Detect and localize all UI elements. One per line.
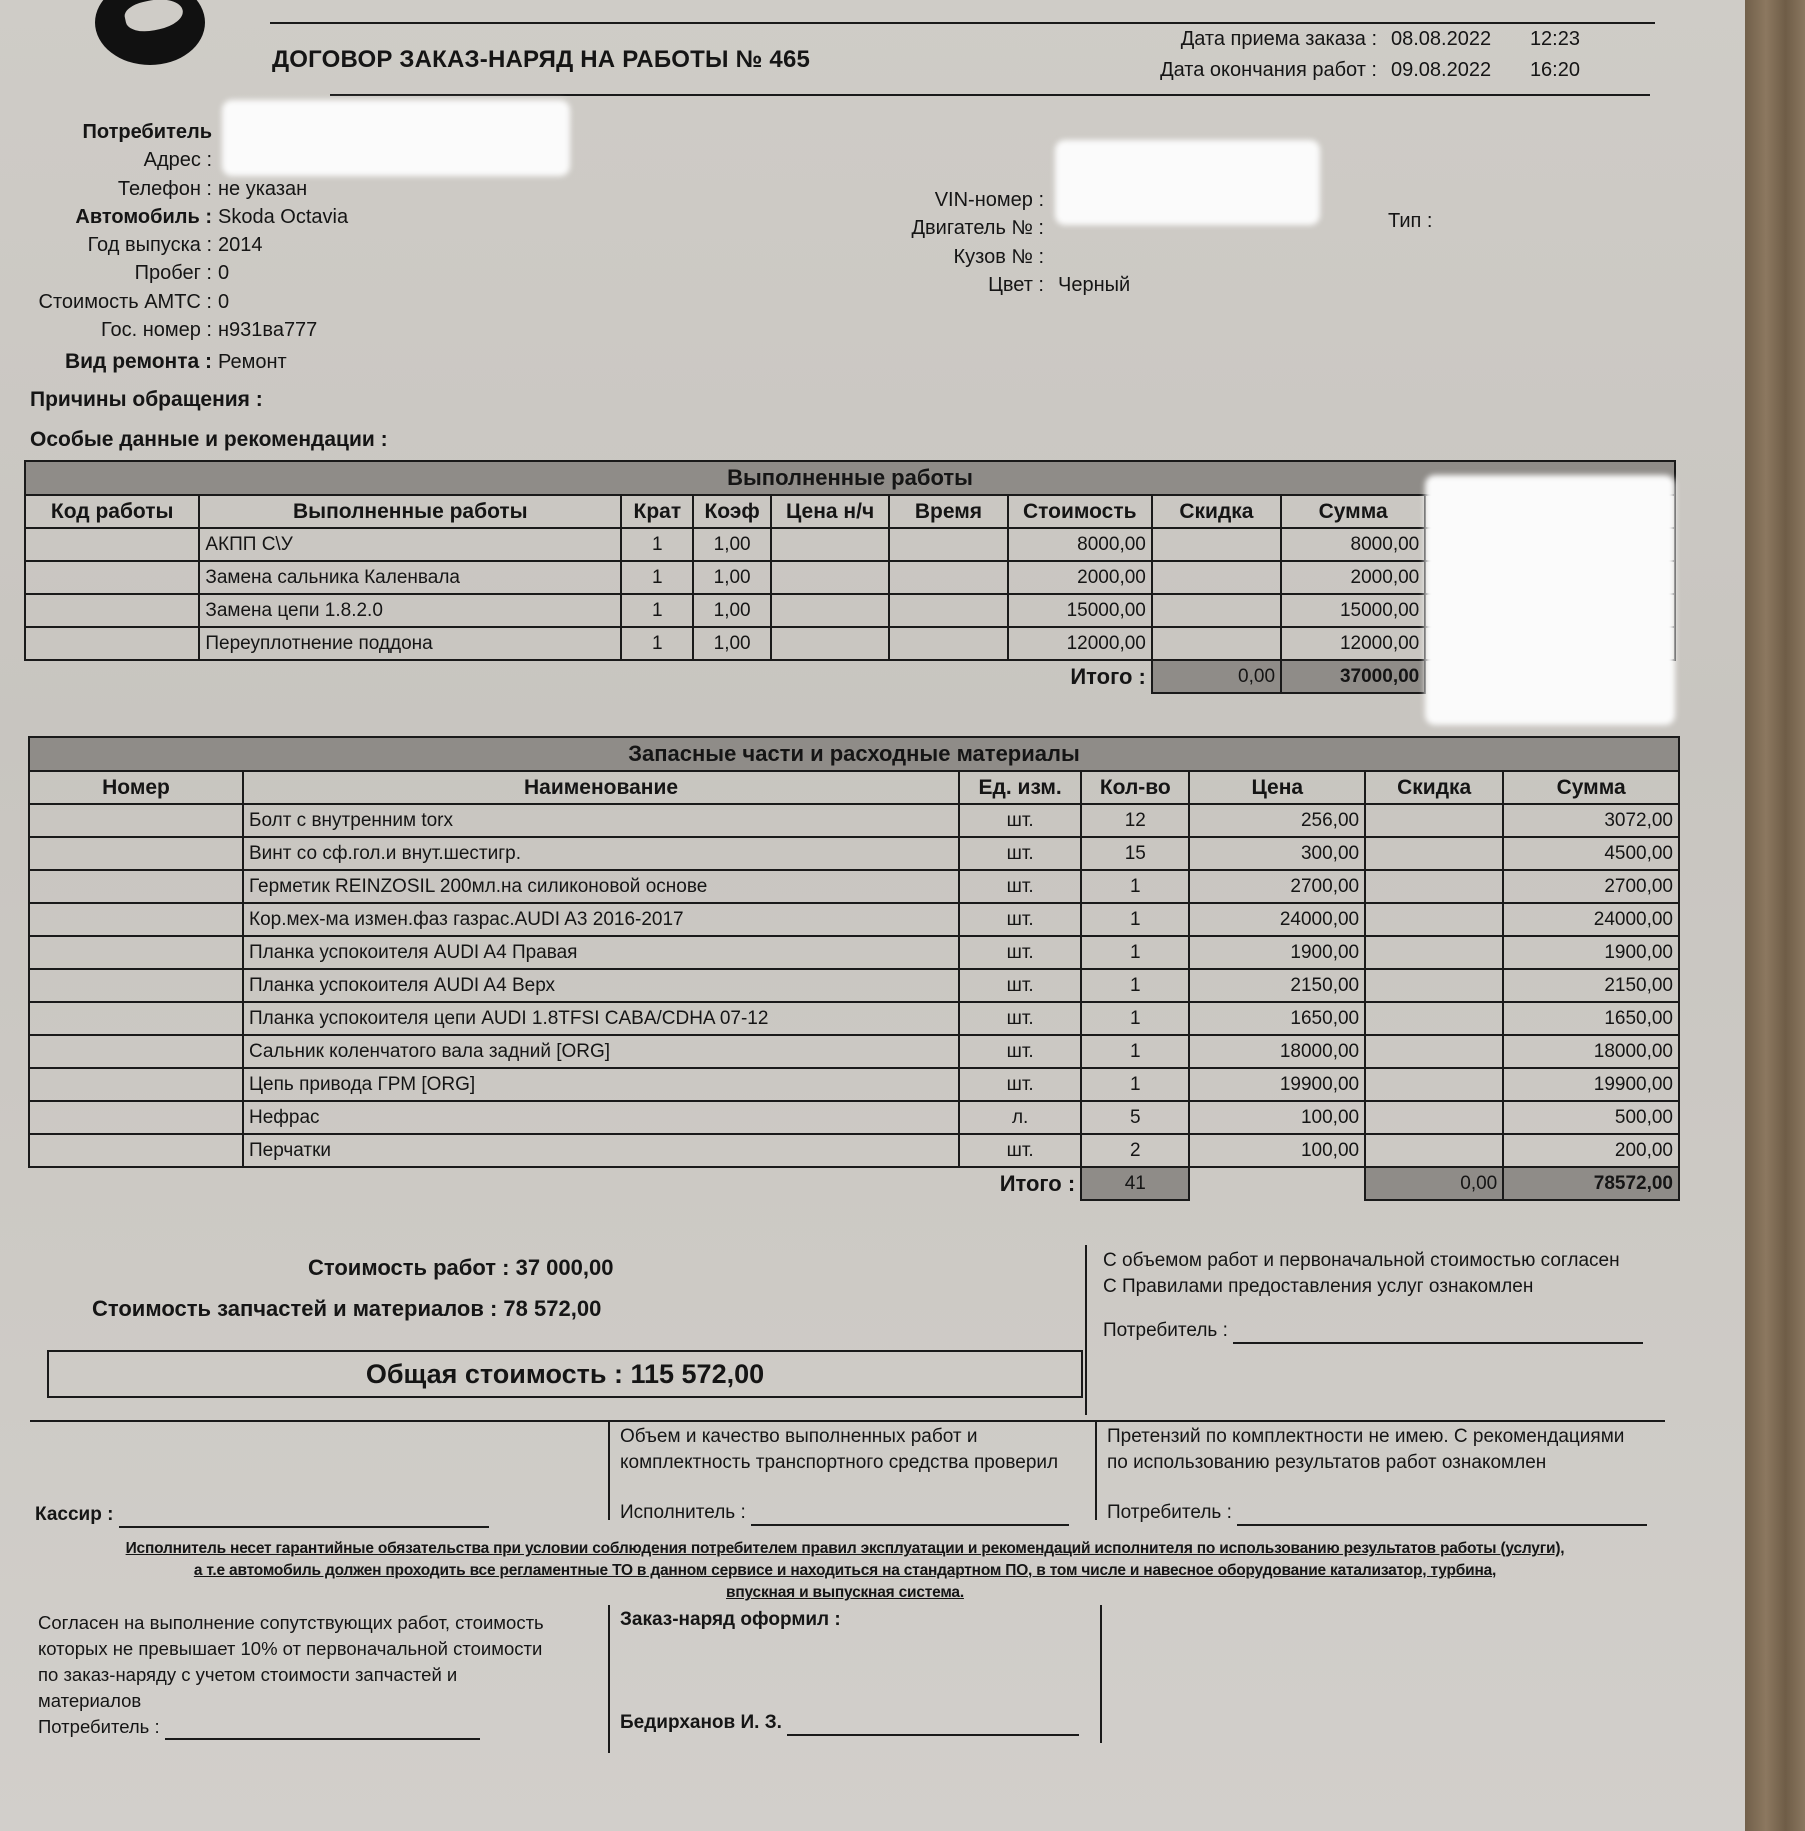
time-completed-value: 16:20 (1525, 55, 1580, 86)
parts-cell-discount (1365, 1101, 1503, 1134)
issued-by-label: Заказ-наряд оформил : (620, 1607, 841, 1633)
parts-total-sum: 78572,00 (1503, 1167, 1679, 1200)
parts-cell-unit: шт. (959, 804, 1081, 837)
parts-column-header: Номер (29, 771, 243, 804)
works-cell-price_h (771, 627, 889, 660)
works-cell-krat: 1 (621, 561, 693, 594)
customer-field: Стоимость АМТС :0 (0, 288, 348, 316)
parts-column-header: Скидка (1365, 771, 1503, 804)
parts-cell-number (29, 1002, 243, 1035)
signature-line[interactable] (1233, 1324, 1643, 1344)
parts-cell-qty: 1 (1081, 903, 1189, 936)
parts-cell-number (29, 870, 243, 903)
consumer-label: Потребитель : (1107, 1502, 1232, 1523)
parts-cell-qty: 15 (1081, 837, 1189, 870)
date-completed-label: Дата окончания работ : (1160, 55, 1377, 86)
customer-field: Пробег :0 (0, 259, 348, 287)
recommendations-label: Особые данные и рекомендации : (30, 428, 388, 452)
works-cell-name: Замена сальника Каленвала (199, 561, 621, 594)
signature-line[interactable] (787, 1716, 1079, 1736)
customer-field: Автомобиль :Skoda Octavia (0, 203, 348, 231)
executor-block: Объем и качество выполненных работ и ком… (620, 1424, 1069, 1526)
section-rule (30, 1420, 1665, 1422)
works-cell-discount (1152, 528, 1281, 561)
parts-cell-discount (1365, 1035, 1503, 1068)
consent-line: которых не превышает 10% от первоначальн… (38, 1636, 544, 1662)
customer-field: Телефон :не указан (0, 175, 348, 203)
parts-cell-sum: 18000,00 (1503, 1035, 1679, 1068)
parts-cell-discount (1365, 837, 1503, 870)
field-label: Адрес : (0, 146, 212, 174)
field-label: Телефон : (0, 175, 212, 203)
vehicle-type-label: Тип : (1388, 210, 1432, 233)
checked-text: Объем и качество выполненных работ и (620, 1424, 1069, 1450)
agreement-line: С Правилами предоставления услуг ознаком… (1103, 1274, 1643, 1300)
parts-total-discount: 0,00 (1365, 1167, 1503, 1200)
works-cell-price_h (771, 561, 889, 594)
executor-signature: Исполнитель : (620, 1500, 1069, 1526)
warranty-line: впускная и выпускная система. (40, 1582, 1650, 1604)
parts-cell-sum: 19900,00 (1503, 1068, 1679, 1101)
parts-cell-number (29, 969, 243, 1002)
parts-table-row: Перчаткишт.2100,00200,00 (29, 1134, 1679, 1167)
field-label: Пробег : (0, 259, 212, 287)
divider (608, 1420, 610, 1520)
company-logo-icon (95, 0, 205, 65)
cashier-signature: Кассир : (35, 1502, 489, 1528)
works-cell-koef: 1,00 (693, 561, 770, 594)
parts-column-header: Наименование (243, 771, 959, 804)
parts-cell-price: 24000,00 (1189, 903, 1365, 936)
redacted-customer-name (222, 100, 570, 176)
wooden-surface (1740, 0, 1805, 1831)
parts-cell-name: Нефрас (243, 1101, 959, 1134)
work-order-document: ДОГОВОР ЗАКАЗ-НАРЯД НА РАБОТЫ № 465 Дата… (0, 0, 1745, 1831)
field-label: Год выпуска : (0, 231, 212, 259)
works-cell-sum: 15000,00 (1281, 594, 1425, 627)
works-column-header: Стоимость (1008, 495, 1152, 528)
parts-cell-qty: 1 (1081, 1035, 1189, 1068)
field-value: не указан (218, 175, 307, 203)
field-value: н931ва777 (218, 316, 317, 344)
no-claims-text: по использованию результатов работ ознак… (1107, 1450, 1647, 1476)
field-label: Кузов № : (820, 243, 1044, 271)
field-label: Цвет : (820, 271, 1044, 299)
warranty-line: а т.е автомобиль должен проходить все ре… (40, 1560, 1650, 1582)
works-cell-cost: 8000,00 (1008, 528, 1152, 561)
parts-table-row: Винт со сф.гол.и внут.шестигр.шт.15300,0… (29, 837, 1679, 870)
consumer-signature-3: Потребитель : (38, 1714, 544, 1740)
parts-cell-unit: шт. (959, 969, 1081, 1002)
works-column-header: Крат (621, 495, 693, 528)
works-cell-time (889, 561, 1007, 594)
works-cell-discount (1152, 561, 1281, 594)
order-dates: Дата приема заказа : 08.08.2022 12:23 Да… (1160, 24, 1580, 86)
works-cell-cost: 12000,00 (1008, 627, 1152, 660)
field-label: Гос. номер : (0, 316, 212, 344)
parts-cell-discount (1365, 870, 1503, 903)
date-received-row: Дата приема заказа : 08.08.2022 12:23 (1160, 24, 1580, 55)
parts-cell-number (29, 804, 243, 837)
issued-by-name: Бедирханов И. З. (620, 1712, 782, 1733)
parts-cell-number (29, 1101, 243, 1134)
reasons-label: Причины обращения : (30, 388, 263, 412)
repair-type-row: Вид ремонта :Ремонт (0, 348, 348, 376)
parts-cell-price: 300,00 (1189, 837, 1365, 870)
works-cell-discount (1152, 627, 1281, 660)
parts-cell-unit: шт. (959, 870, 1081, 903)
parts-cell-sum: 3072,00 (1503, 804, 1679, 837)
consumer-signature-1: Потребитель : (1103, 1318, 1643, 1344)
parts-table-row: Планка успокоителя цепи AUDI 1.8TFSI CAB… (29, 1002, 1679, 1035)
vehicle-field: Цвет :Черный (820, 271, 1130, 299)
parts-cell-number (29, 1134, 243, 1167)
works-cell-price_h (771, 594, 889, 627)
signature-line[interactable] (1237, 1506, 1647, 1526)
works-cell-time (889, 528, 1007, 561)
parts-cell-qty: 2 (1081, 1134, 1189, 1167)
signature-line[interactable] (751, 1506, 1069, 1526)
parts-cell-name: Планка успокоителя AUDI A4 Правая (243, 936, 959, 969)
parts-cell-name: Сальник коленчатого вала задний [ORG] (243, 1035, 959, 1068)
date-completed-value: 09.08.2022 (1391, 55, 1511, 86)
parts-cell-discount (1365, 903, 1503, 936)
works-column-header: Скидка (1152, 495, 1281, 528)
works-cell-code (25, 561, 199, 594)
parts-cell-number (29, 1068, 243, 1101)
works-cell-koef: 1,00 (693, 594, 770, 627)
parts-cell-unit: шт. (959, 1035, 1081, 1068)
works-total-discount: 0,00 (1152, 660, 1281, 693)
parts-cell-price: 19900,00 (1189, 1068, 1365, 1101)
parts-cell-discount (1365, 1068, 1503, 1101)
works-column-header: Код работы (25, 495, 199, 528)
field-label: Потребитель (0, 118, 212, 146)
works-total-label: Итого : (25, 660, 1152, 693)
parts-header-row: НомерНаименованиеЕд. изм.Кол-воЦенаСкидк… (29, 771, 1679, 804)
parts-cell-number (29, 1035, 243, 1068)
empty-cell (1189, 1167, 1365, 1200)
consumer-label: Потребитель : (38, 1716, 160, 1737)
parts-cell-name: Планка успокоителя AUDI A4 Верх (243, 969, 959, 1002)
extra-works-consent: Согласен на выполнение сопутствующих раб… (38, 1610, 544, 1740)
time-received-value: 12:23 (1525, 24, 1580, 55)
works-column-header: Время (889, 495, 1007, 528)
parts-cell-number (29, 903, 243, 936)
field-label: Двигатель № : (820, 214, 1044, 242)
repair-type-label: Вид ремонта : (0, 348, 212, 376)
parts-cell-discount (1365, 969, 1503, 1002)
warranty-notice: Исполнитель несет гарантийные обязательс… (40, 1538, 1650, 1604)
repair-type-value: Ремонт (218, 348, 287, 376)
date-received-label: Дата приема заказа : (1181, 24, 1377, 55)
parts-cell-sum: 1900,00 (1503, 936, 1679, 969)
date-completed-row: Дата окончания работ : 09.08.2022 16:20 (1160, 55, 1580, 86)
parts-cell-unit: шт. (959, 903, 1081, 936)
parts-cell-name: Винт со сф.гол.и внут.шестигр. (243, 837, 959, 870)
parts-table-row: Планка успокоителя AUDI A4 Праваяшт.1190… (29, 936, 1679, 969)
field-value: 0 (218, 288, 229, 316)
works-column-header: Цена н/ч (771, 495, 889, 528)
parts-cell-name: Герметик REINZOSIL 200мл.на силиконовой … (243, 870, 959, 903)
parts-cell-unit: шт. (959, 1002, 1081, 1035)
field-value: 2014 (218, 231, 263, 259)
parts-column-header: Сумма (1503, 771, 1679, 804)
cashier-label: Кассир : (35, 1504, 113, 1525)
parts-cell-qty: 1 (1081, 870, 1189, 903)
works-cell-cost: 2000,00 (1008, 561, 1152, 594)
consent-line: Согласен на выполнение сопутствующих раб… (38, 1610, 544, 1636)
field-value: 0 (218, 259, 229, 287)
header-bottom-rule (330, 94, 1650, 96)
parts-cell-sum: 200,00 (1503, 1134, 1679, 1167)
consumer-label: Потребитель : (1103, 1320, 1228, 1341)
signature-line[interactable] (119, 1508, 489, 1528)
parts-cell-number (29, 837, 243, 870)
grand-total: Общая стоимость : 115 572,00 (47, 1350, 1083, 1398)
agreement-block: С объемом работ и первоначальной стоимос… (1103, 1248, 1643, 1344)
divider (608, 1605, 610, 1753)
works-cell-koef: 1,00 (693, 528, 770, 561)
parts-table-row: Кор.мех-ма измен.фаз газрас.AUDI A3 2016… (29, 903, 1679, 936)
works-cell-koef: 1,00 (693, 627, 770, 660)
works-cell-sum: 2000,00 (1281, 561, 1425, 594)
divider (1095, 1420, 1097, 1520)
parts-cell-qty: 1 (1081, 1068, 1189, 1101)
parts-total-qty: 41 (1081, 1167, 1189, 1200)
works-cost-summary: Стоимость работ : 37 000,00 (308, 1255, 613, 1281)
consumer-signature-2: Потребитель : (1107, 1500, 1647, 1526)
works-cell-cost: 15000,00 (1008, 594, 1152, 627)
works-cell-code (25, 528, 199, 561)
parts-cell-qty: 12 (1081, 804, 1189, 837)
works-column-header: Выполненные работы (199, 495, 621, 528)
customer-field: Год выпуска :2014 (0, 231, 348, 259)
parts-cell-discount (1365, 936, 1503, 969)
field-value: Черный (1058, 271, 1130, 299)
works-cell-time (889, 594, 1007, 627)
parts-cost-summary: Стоимость запчастей и материалов : 78 57… (92, 1296, 601, 1322)
parts-cell-discount (1365, 804, 1503, 837)
redacted-vin (1055, 140, 1320, 225)
parts-cell-unit: шт. (959, 1134, 1081, 1167)
warranty-line: Исполнитель несет гарантийные обязательс… (40, 1538, 1650, 1560)
parts-cell-name: Перчатки (243, 1134, 959, 1167)
parts-total-label: Итого : (29, 1167, 1081, 1200)
works-cell-name: Замена цепи 1.8.2.0 (199, 594, 621, 627)
parts-cell-name: Планка успокоителя цепи AUDI 1.8TFSI CAB… (243, 1002, 959, 1035)
works-cell-krat: 1 (621, 528, 693, 561)
parts-cell-sum: 1650,00 (1503, 1002, 1679, 1035)
parts-cell-sum: 24000,00 (1503, 903, 1679, 936)
parts-table-row: Герметик REINZOSIL 200мл.на силиконовой … (29, 870, 1679, 903)
parts-cell-name: Кор.мех-ма измен.фаз газрас.AUDI A3 2016… (243, 903, 959, 936)
issued-by-signature: Бедирханов И. З. (620, 1710, 1079, 1736)
field-label: VIN-номер : (820, 186, 1044, 214)
works-cell-price_h (771, 528, 889, 561)
parts-table-row: Болт с внутренним torxшт.12256,003072,00 (29, 804, 1679, 837)
parts-cell-discount (1365, 1134, 1503, 1167)
no-claims-text: Претензий по комплектности не имею. С ре… (1107, 1424, 1647, 1450)
parts-cell-sum: 2150,00 (1503, 969, 1679, 1002)
consent-line: по заказ-наряду с учетом стоимости запча… (38, 1662, 544, 1688)
parts-cell-price: 1650,00 (1189, 1002, 1365, 1035)
checked-text: комплектность транспортного средства про… (620, 1450, 1069, 1476)
works-cell-sum: 8000,00 (1281, 528, 1425, 561)
works-cell-krat: 1 (621, 594, 693, 627)
works-cell-sum: 12000,00 (1281, 627, 1425, 660)
parts-cell-sum: 2700,00 (1503, 870, 1679, 903)
parts-table-row: Цепь привода ГРМ [ORG]шт.119900,0019900,… (29, 1068, 1679, 1101)
parts-table-row: Сальник коленчатого вала задний [ORG]шт.… (29, 1035, 1679, 1068)
parts-total-row: Итого : 41 0,00 78572,00 (29, 1167, 1679, 1200)
works-cell-time (889, 627, 1007, 660)
signature-line[interactable] (165, 1720, 480, 1740)
parts-cell-price: 1900,00 (1189, 936, 1365, 969)
works-cell-krat: 1 (621, 627, 693, 660)
parts-cell-price: 18000,00 (1189, 1035, 1365, 1068)
works-cell-name: АКПП С\У (199, 528, 621, 561)
parts-table-row: Планка успокоителя AUDI A4 Верхшт.12150,… (29, 969, 1679, 1002)
document-title: ДОГОВОР ЗАКАЗ-НАРЯД НА РАБОТЫ № 465 (272, 46, 810, 74)
agreement-line: С объемом работ и первоначальной стоимос… (1103, 1248, 1643, 1274)
field-value: Skoda Octavia (218, 203, 348, 231)
parts-cell-discount (1365, 1002, 1503, 1035)
parts-cell-sum: 500,00 (1503, 1101, 1679, 1134)
parts-cell-price: 100,00 (1189, 1101, 1365, 1134)
parts-cell-unit: шт. (959, 1068, 1081, 1101)
customer-field: Гос. номер :н931ва777 (0, 316, 348, 344)
redacted-executors (1425, 475, 1675, 725)
parts-cell-qty: 1 (1081, 1002, 1189, 1035)
works-column-header: Сумма (1281, 495, 1425, 528)
parts-cell-price: 256,00 (1189, 804, 1365, 837)
parts-cell-unit: шт. (959, 936, 1081, 969)
parts-cell-sum: 4500,00 (1503, 837, 1679, 870)
works-cell-code (25, 594, 199, 627)
works-cell-code (25, 627, 199, 660)
works-cell-discount (1152, 594, 1281, 627)
works-total-sum: 37000,00 (1281, 660, 1425, 693)
parts-cell-number (29, 936, 243, 969)
parts-cell-qty: 5 (1081, 1101, 1189, 1134)
parts-table: Запасные части и расходные материалы Ном… (28, 736, 1680, 1201)
executor-label: Исполнитель : (620, 1502, 746, 1523)
parts-column-header: Кол-во (1081, 771, 1189, 804)
parts-cell-qty: 1 (1081, 936, 1189, 969)
parts-table-title: Запасные части и расходные материалы (29, 737, 1679, 771)
no-claims-block: Претензий по комплектности не имею. С ре… (1107, 1424, 1647, 1526)
parts-cell-name: Болт с внутренним torx (243, 804, 959, 837)
parts-cell-price: 100,00 (1189, 1134, 1365, 1167)
parts-cell-price: 2150,00 (1189, 969, 1365, 1002)
works-column-header: Коэф (693, 495, 770, 528)
parts-column-header: Ед. изм. (959, 771, 1081, 804)
date-received-value: 08.08.2022 (1391, 24, 1511, 55)
works-cell-name: Переуплотнение поддона (199, 627, 621, 660)
parts-cell-unit: шт. (959, 837, 1081, 870)
divider (1100, 1605, 1102, 1743)
parts-cell-price: 2700,00 (1189, 870, 1365, 903)
parts-column-header: Цена (1189, 771, 1365, 804)
consent-line: материалов (38, 1688, 544, 1714)
parts-cell-unit: л. (959, 1101, 1081, 1134)
parts-cell-qty: 1 (1081, 969, 1189, 1002)
parts-table-row: Нефрасл.5100,00500,00 (29, 1101, 1679, 1134)
field-label: Стоимость АМТС : (0, 288, 212, 316)
field-label: Автомобиль : (0, 203, 212, 231)
parts-cell-name: Цепь привода ГРМ [ORG] (243, 1068, 959, 1101)
divider (1085, 1245, 1087, 1415)
vehicle-field: Кузов № : (820, 243, 1130, 271)
